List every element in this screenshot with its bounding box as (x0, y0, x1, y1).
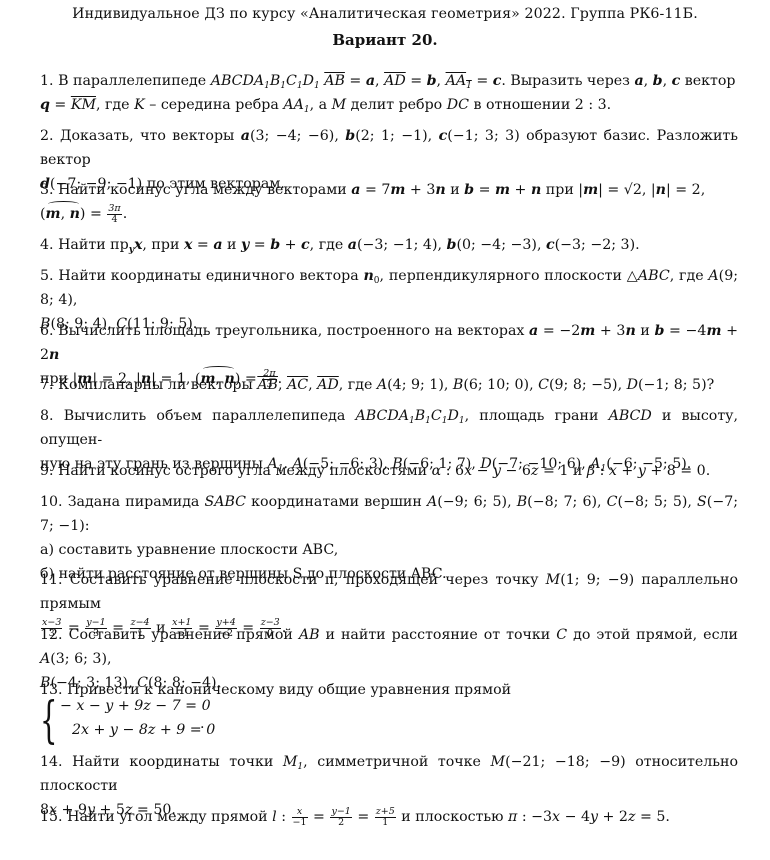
problem-4: 4. Найти прyx, при x = a и y = b + c, гд… (40, 233, 738, 257)
problem-3: 3. Найти косинус угла между векторами a … (40, 178, 738, 226)
variant-title: Вариант 20. (0, 31, 770, 49)
document-header: Индивидуальное ДЗ по курсу «Аналитическа… (0, 6, 770, 22)
problem-1: 1. В параллелепипеде ABCDA1B1C1D1 AB = a… (40, 69, 738, 117)
system-equation-1: − x − y + 9z − 7 = 0 (60, 698, 211, 714)
problem-15: 15. Найти угол между прямой l : x−1 = y−… (40, 805, 738, 829)
document-page: Индивидуальное ДЗ по курсу «Аналитическа… (0, 0, 770, 860)
problem-10-part-a: а) составить уравнение плоскости ABC, (40, 542, 338, 558)
problem-9: 9. Найти косинус острого угла между плос… (40, 459, 738, 483)
system-equation-2: 2x + y − 8z + 9 = 0 (72, 722, 215, 738)
problem-7: 7. Компланарны ли векторы AB, AC, AD, гд… (40, 373, 738, 397)
equation-system: { − x − y + 9z − 7 = 0 2x + y − 8z + 9 =… (40, 698, 240, 750)
brace-symbol: { (40, 694, 57, 746)
